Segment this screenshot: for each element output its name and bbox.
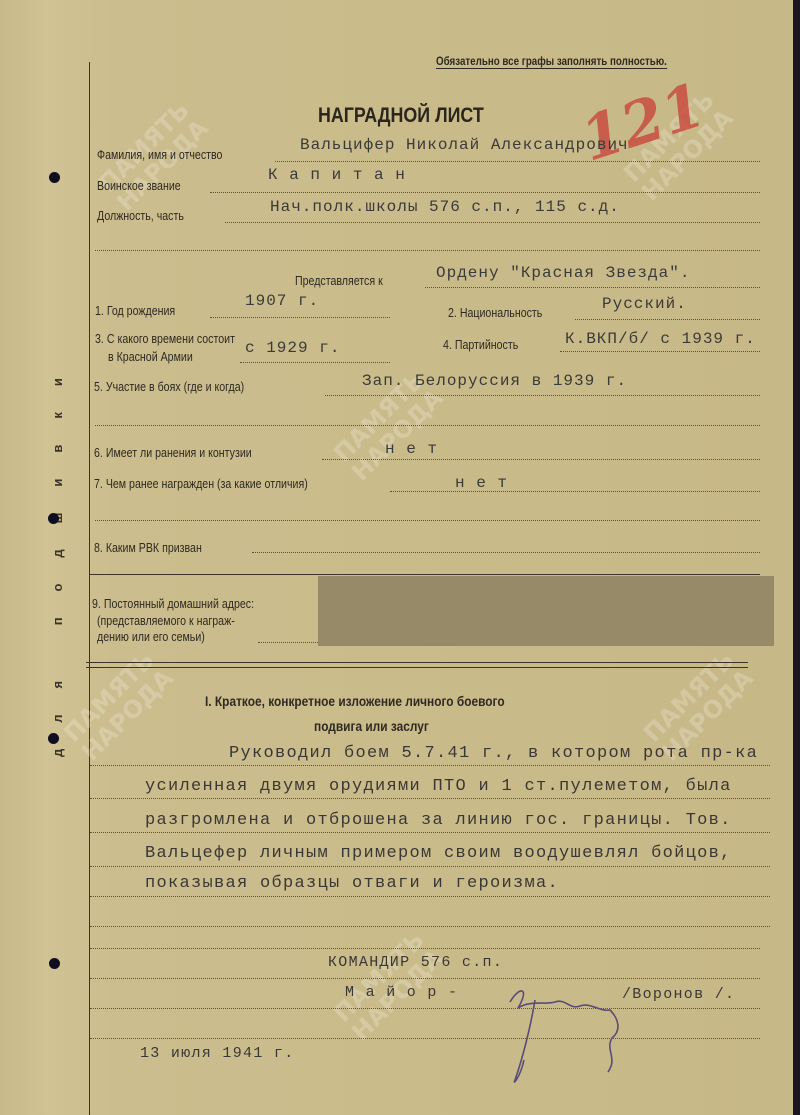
commander-rank: М а й о р - [345, 984, 458, 1001]
address-label-2: (представляемого к награж- [97, 614, 235, 628]
rank-label: Воинское звание [97, 179, 181, 193]
previous-awards-label: 7. Чем ранее награжден (за какие отличия… [94, 477, 308, 491]
army-since-label-2: в Красной Армии [108, 350, 193, 364]
narrative-line: Руководил боем 5.7.41 г., в котором рота… [229, 744, 758, 763]
date-signed: 13 июля 1941 г. [140, 1045, 295, 1062]
birth-year-label: 1. Год рождения [95, 304, 175, 318]
document-title: НАГРАДНОЙ ЛИСТ [318, 104, 484, 128]
wounds-value: н е т [385, 440, 438, 458]
punch-hole [49, 172, 60, 183]
redacted-address-block [318, 576, 774, 646]
section1-heading-2: подвига или заслуг [314, 718, 429, 734]
address-label-3: дению или его семьи) [97, 630, 205, 644]
party-value: К.ВКП/б/ с 1939 г. [565, 330, 756, 348]
fill-instruction-notice: Обязательно все графы заполнять полность… [436, 56, 667, 69]
narrative-line: Вальцефер личным примером своим воодушев… [145, 844, 732, 863]
rank-value: К а п и т а н [268, 166, 406, 184]
battles-value: Зап. Белоруссия в 1939 г. [362, 372, 627, 390]
award-label: Представляется к [295, 274, 383, 288]
position-value: Нач.полк.школы 576 с.п., 115 с.д. [270, 198, 620, 216]
address-label: 9. Постоянный домашний адрес: [92, 597, 254, 611]
nationality-label: 2. Национальность [448, 306, 542, 320]
award-value: Ордену "Красная Звезда". [436, 264, 690, 282]
birth-year-value: 1907 г. [245, 292, 319, 310]
full-name-label: Фамилия, имя и отчество [97, 148, 222, 162]
punch-hole [48, 513, 59, 524]
army-since-value: с 1929 г. [245, 339, 340, 357]
full-name-value: Вальцифер Николай Александрович [300, 136, 629, 154]
narrative-line: показывая образцы отваги и героизма. [145, 874, 559, 893]
narrative-line: усиленная двумя орудиями ПТО и 1 ст.пуле… [145, 777, 732, 796]
award-sheet-page: для подшивки ПАМЯТЬНАРОДА ПАМЯТЬНАРОДА П… [0, 0, 793, 1115]
army-since-label: 3. С какого времени состоит [95, 332, 235, 346]
punch-hole [49, 958, 60, 969]
section-divider [86, 662, 748, 668]
punch-hole [48, 733, 59, 744]
handwritten-signature [500, 980, 640, 1090]
position-label: Должность, часть [97, 209, 184, 223]
section1-heading: I. Краткое, конкретное изложение личного… [205, 693, 505, 709]
party-label: 4. Партийность [443, 338, 518, 352]
nationality-value: Русский. [602, 295, 687, 313]
wounds-label: 6. Имеет ли ранения и контузии [94, 446, 252, 460]
binding-margin-line [89, 62, 90, 1115]
rvk-label: 8. Каким РВК призван [94, 541, 202, 555]
previous-awards-value: н е т [455, 474, 508, 492]
battles-label: 5. Участие в боях (где и когда) [94, 380, 244, 394]
narrative-line: разгромлена и отброшена за линию гос. гр… [145, 811, 732, 830]
commander-title: КОМАНДИР 576 с.п. [328, 954, 503, 971]
